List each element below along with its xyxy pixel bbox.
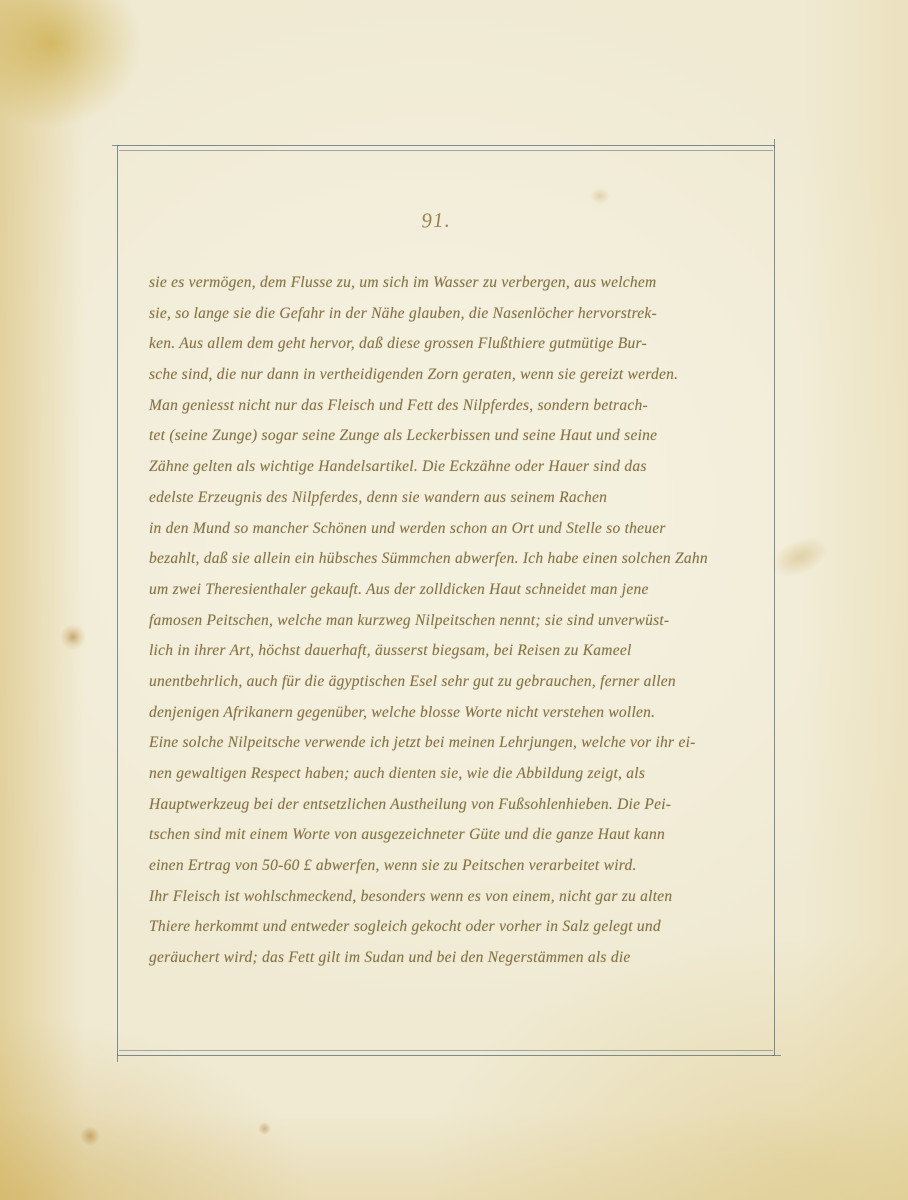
manuscript-line: sie es vermögen, dem Flusse zu, um sich …	[149, 274, 773, 305]
manuscript-page: 91. sie es vermögen, dem Flusse zu, um s…	[0, 0, 908, 1200]
manuscript-line: denjenigen Afrikanern gegenüber, welche …	[149, 704, 773, 735]
ruled-border-bottom-inner-line	[119, 1050, 773, 1051]
manuscript-line: bezahlt, daß sie allein ein hübsches Süm…	[149, 550, 773, 581]
manuscript-line: Zähne gelten als wichtige Handelsartikel…	[149, 458, 773, 489]
manuscript-line: sche sind, die nur dann in vertheidigend…	[149, 366, 773, 397]
stain-top-left	[0, 0, 142, 128]
frame-corner-tick	[112, 145, 120, 146]
manuscript-line: edelste Erzeugnis des Nilpferdes, denn s…	[149, 489, 773, 520]
fox-spot	[258, 1122, 271, 1135]
manuscript-line: ken. Aus allem dem geht hervor, daß dies…	[149, 335, 773, 366]
manuscript-line: unentbehrlich, auch für die ägyptischen …	[149, 673, 773, 704]
manuscript-line: geräuchert wird; das Fett gilt im Sudan …	[149, 949, 773, 980]
frame-corner-tick	[772, 1055, 781, 1056]
manuscript-line: tschen sind mit einem Worte von ausgezei…	[149, 826, 773, 857]
manuscript-line: Thiere herkommt und entweder sogleich ge…	[149, 918, 773, 949]
manuscript-line: Hauptwerkzeug bei der entsetzlichen Aust…	[149, 796, 773, 827]
manuscript-line: Man geniesst nicht nur das Fleisch und F…	[149, 397, 773, 428]
manuscript-line: lich in ihrer Art, höchst dauerhaft, äus…	[149, 642, 773, 673]
manuscript-line: tet (seine Zunge) sogar seine Zunge als …	[149, 427, 773, 458]
page-number: 91.	[386, 206, 487, 234]
ruled-border-top-inner-line	[119, 150, 773, 151]
manuscript-line: in den Mund so mancher Schönen und werde…	[149, 520, 773, 551]
fox-spot	[60, 624, 86, 650]
manuscript-line: Ihr Fleisch ist wohlschmeckend, besonder…	[149, 888, 773, 919]
fox-spot	[80, 1126, 100, 1146]
frame-corner-tick	[774, 139, 775, 148]
manuscript-line: einen Ertrag von 50-60 £ abwerfen, wenn …	[149, 857, 773, 888]
manuscript-line: um zwei Theresienthaler gekauft. Aus der…	[149, 581, 773, 612]
manuscript-line: Eine solche Nilpeitsche verwende ich jet…	[149, 734, 773, 765]
fox-smudge	[766, 529, 835, 585]
manuscript-line: sie, so lange sie die Gefahr in der Nähe…	[149, 305, 773, 336]
frame-corner-tick	[117, 1053, 118, 1062]
manuscript-line: famosen Peitschen, welche man kurzweg Ni…	[149, 612, 773, 643]
manuscript-text: sie es vermögen, dem Flusse zu, um sich …	[149, 274, 773, 980]
manuscript-line: nen gewaltigen Respect haben; auch dient…	[149, 765, 773, 796]
